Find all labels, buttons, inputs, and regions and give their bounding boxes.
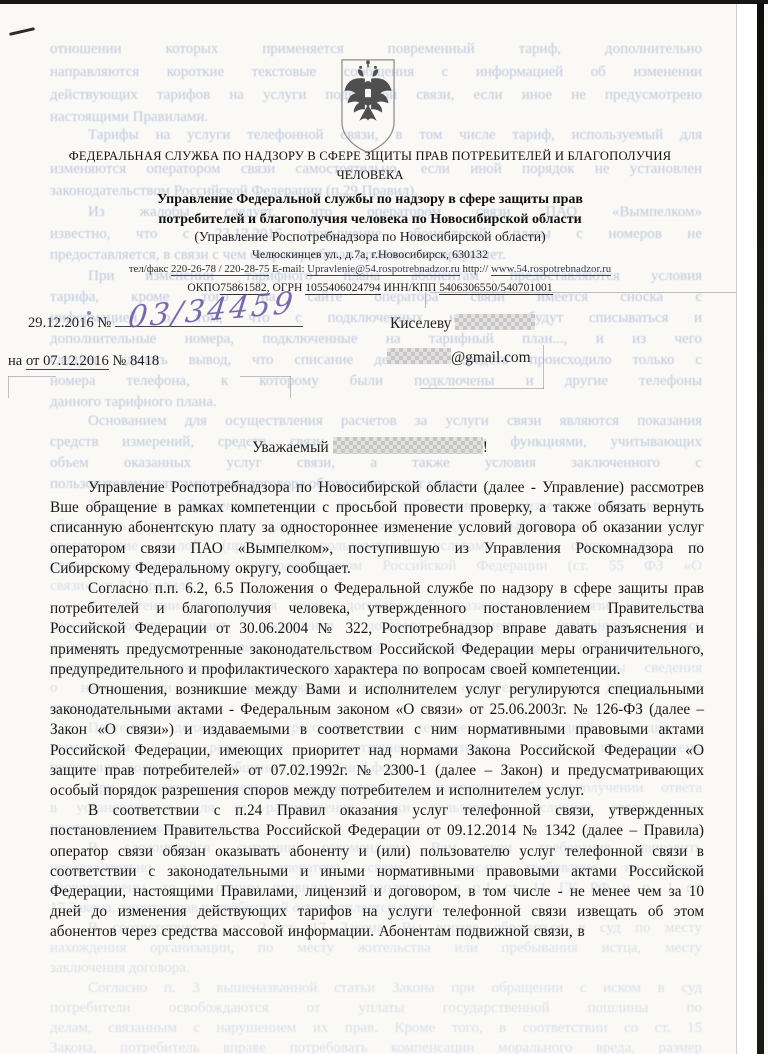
body-paragraph: В соответствии с п.24 Правил оказания ус…: [50, 801, 704, 942]
site-label: http://: [460, 263, 491, 275]
office-name-line2: потребителей и благополучия человека по …: [0, 210, 740, 230]
incoming-date: от 07.12.2016: [26, 353, 109, 370]
contact-line: тел/факс 220-26-78 / 220-28-75 E-mail: U…: [0, 263, 740, 275]
body-paragraph: Отношения, возникшие между Вами и исполн…: [50, 680, 704, 801]
coat-of-arms-icon: [337, 56, 399, 158]
agency-name-line2: ЧЕЛОВЕКА: [0, 168, 740, 183]
salutation-punct: !: [483, 439, 488, 456]
redacted-email-local-part: [387, 348, 451, 364]
body-paragraph: Управление Роспотребнадзора по Новосибир…: [50, 478, 704, 579]
body-paragraph: Согласно п.п. 6.2, 6.5 Положения о Федер…: [50, 579, 704, 680]
postal-address: Челюскинцев ул., д.7а, г.Новосибирск, 63…: [0, 247, 740, 262]
email-label: E-mail:: [269, 263, 307, 275]
redacted-recipient-name: [455, 314, 535, 330]
letter-front-layer: ФЕДЕРАЛЬНАЯ СЛУЖБА ПО НАДЗОРУ В СФЕРЕ ЗЩ…: [0, 0, 768, 1054]
agency-name-line1: ФЕДЕРАЛЬНАЯ СЛУЖБА ПО НАДЗОРУ В СФЕРЕ ЗЩ…: [0, 149, 740, 164]
letter-body: Управление Роспотребнадзора по Новосибир…: [50, 478, 704, 943]
scanned-letter-page: отношении которых применяется повременны…: [0, 0, 768, 1054]
redacted-salutation-name: [333, 437, 483, 454]
phone-value: 220-26-78 / 220-28-75: [171, 263, 269, 276]
salutation-word: Уважаемый: [252, 439, 333, 456]
salutation-row: Уважаемый !: [0, 437, 740, 457]
recipient-email-row: @gmail.com: [387, 348, 531, 367]
recipient-surname: Киселеву: [390, 315, 455, 332]
incoming-prefix: на: [8, 353, 26, 369]
requisites-line: ОКПО75861582, ОГРН 1055406024794 ИНН/КПП…: [0, 281, 740, 294]
recipient-row: Киселеву: [390, 314, 535, 333]
recipient-email-domain: @gmail.com: [451, 349, 531, 366]
inn-value: 5406306550/540701001: [439, 281, 552, 295]
incoming-number: № 8418: [109, 353, 159, 369]
incoming-reference-row: на от 07.12.2016 № 8418: [8, 353, 159, 370]
phone-label: тел/факс: [129, 263, 171, 275]
office-name: Управление Федеральной службы по надзору…: [0, 190, 740, 230]
number-sign: №: [97, 315, 111, 331]
site-value: www.54.rospotrebnadzor.ru: [491, 263, 611, 276]
office-short-name: (Управление Роспотребнадзора по Новосиби…: [0, 229, 740, 245]
office-name-line1: Управление Федеральной службы по надзору…: [0, 190, 740, 210]
ogrn-value: 1055406024794: [305, 281, 380, 295]
inn-label: ИНН/КПП: [381, 281, 440, 294]
email-value: Upravlenie@54.rospotrebnadzor.ru: [307, 263, 460, 276]
outgoing-date: 29.12.2016: [28, 315, 94, 331]
